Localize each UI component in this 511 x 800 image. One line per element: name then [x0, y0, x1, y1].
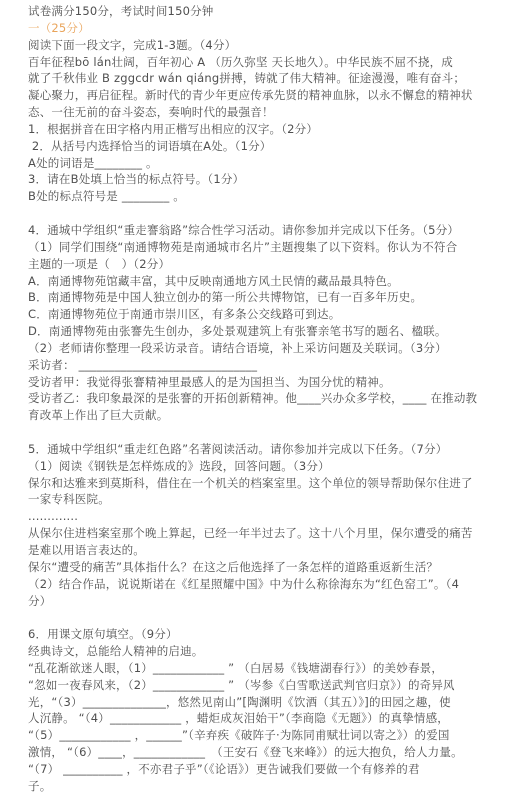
fill-blank-line: “（7） __________ ，不亦君子乎”（《论语》）更告诫我们要做一个有修… [28, 761, 493, 778]
question-6-intro-line: 经典诗文，总能给人精神的启迪。 [28, 643, 493, 660]
interviewee-a-line: 受访者甲：我觉得张謇精神里最感人的是为国担当、为国分忧的精神。 [28, 374, 493, 391]
question-5-sub2-line: （2）结合作品，说说斯诺在《红星照耀中国》中为什么称徐海东为“红色窑工”。（4 [28, 576, 493, 593]
question-2-line: 2．从括号内选择恰当的词语填在A处。（1分） [28, 138, 493, 155]
ellipsis-line: ............. [28, 508, 493, 525]
option-d-line: D．南通博物苑由张謇先生创办，多处景观建筑上有张謇亲笔书写的题名、楹联。 [28, 323, 493, 340]
question-3-answer-line: B处的标点符号是 ________ 。 [28, 188, 493, 205]
fill-blank-line: “（5）____________ ，______”（辛弃疾《破阵子·为陈同甫赋壮… [28, 727, 493, 744]
exam-lines: 试卷满分150分，考试时间150分钟一（25分）阅读下面一段文字，完成1-3题。… [28, 3, 493, 795]
question-4-sub2-line: （2）老师请你整理一段采访录音。请结合语境，补上采访问题及关联词。（3分） [28, 340, 493, 357]
spacer [28, 609, 493, 626]
question-5-sub1-prompt-line: 保尔“遭受的痛苦”具体指什么？在这之后他选择了一条怎样的道路重返新生活？ [28, 559, 493, 576]
fill-blank-line: 激情， “（6）____，____________ （王安石《登飞来峰》）的远大… [28, 744, 493, 761]
question-5-line: 5．通城中学组织“重走红色路”名著阅读活动。请你参加并完成以下任务。（7分） [28, 441, 493, 458]
spacer [28, 424, 493, 441]
question-2-answer-line: A处的词语是________ 。 [28, 155, 493, 172]
fill-blank-line: 人沉静。 “（4）____________ ，蜡炬成灰泪始干”（李商隐《无题》）… [28, 710, 493, 727]
fill-blank-line: 子。 [28, 778, 493, 795]
question-4-line: 4．通城中学组织“重走謇翁路”综合性学习活动。请你参加并完成以下任务。（5分） [28, 222, 493, 239]
passage-line: 百年征程bō lán壮阔，百年初心 A （历久弥坚 天长地久）。中华民族不屈不挠… [28, 54, 493, 71]
passage-line: 态、一往无前的奋斗姿态，奏响时代的最强音！ [28, 104, 493, 121]
fill-blank-line: “乱花渐欲迷人眼，（1）____________ ” （白居易《钱塘湖春行》）的… [28, 660, 493, 677]
question-5-sub2-line: 分） [28, 593, 493, 610]
interviewee-b-line: 受访者乙：我印象最深的是张謇的开拓创新精神。他____兴办众多学校，____ 在… [28, 390, 493, 407]
question-1-line: 1．根据拼音在田字格内用正楷写出相应的汉字。（2分） [28, 121, 493, 138]
question-5-sub1-line: （1）阅读《钢铁是怎样炼成的》选段，回答问题。（3分） [28, 458, 493, 475]
excerpt-line: 是难以用语言表达的。 [28, 542, 493, 559]
option-a-line: A．南通博物苑馆藏丰富，其中反映南通地方风土民情的藏品最具特色。 [28, 273, 493, 290]
passage-line: 就了千秋伟业 B zggcdr wán qiáng拼搏，铸就了伟大精神。征途漫漫… [28, 70, 493, 87]
fill-blank-line: “忽如一夜春风来，（2）____________ ” （岑参《白雪歌送武判官归京… [28, 677, 493, 694]
option-c-line: C．南通博物苑位于南通市崇川区，有多条公交线路可到达。 [28, 306, 493, 323]
spacer [28, 205, 493, 222]
reading-instruction-line: 阅读下面一段文字，完成1-3题。（4分） [28, 37, 493, 54]
question-4-sub1-line: （1）同学们围绕“南通博物苑是南通城市名片”主题搜集了以下资料。你认为不符合 [28, 239, 493, 256]
passage-line: 凝心聚力，再启征程。新时代的青少年更应传承先贤的精神血脉，以永不懈怠的精神状 [28, 87, 493, 104]
fill-blank-line: 光，“（3）______________，悠然见南山”[陶渊明《饮酒（其五）》]… [28, 694, 493, 711]
excerpt-line: 从保尔住进档案室那个晚上算起，已经一年半过去了。这十八个月里，保尔遭受的痛苦 [28, 525, 493, 542]
question-4-sub1-line: 主题的一项是（ ）（2分） [28, 256, 493, 273]
interviewee-b-line: 育改革上作出了巨大贡献。 [28, 407, 493, 424]
question-6-line: 6．用课文原句填空。（9分） [28, 626, 493, 643]
exam-info-line: 试卷满分150分，考试时间150分钟 [28, 3, 493, 20]
question-3-line: 3．请在B处填上恰当的标点符号。（1分） [28, 171, 493, 188]
interviewer-line: 采访者： ______________________________ [28, 357, 493, 374]
section-one-heading: 一（25分） [28, 20, 493, 37]
exam-paper: 试卷满分150分，考试时间150分钟一（25分）阅读下面一段文字，完成1-3题。… [0, 0, 511, 800]
excerpt-line: 保尔和达雅来到莫斯科，借住在一个机关的档案室里。这个单位的领导帮助保尔住进了 [28, 475, 493, 492]
option-b-line: B．南通博物苑是中国人独立创办的第一所公共博物馆，已有一百多年历史。 [28, 289, 493, 306]
excerpt-line: 一家专科医院。 [28, 491, 493, 508]
